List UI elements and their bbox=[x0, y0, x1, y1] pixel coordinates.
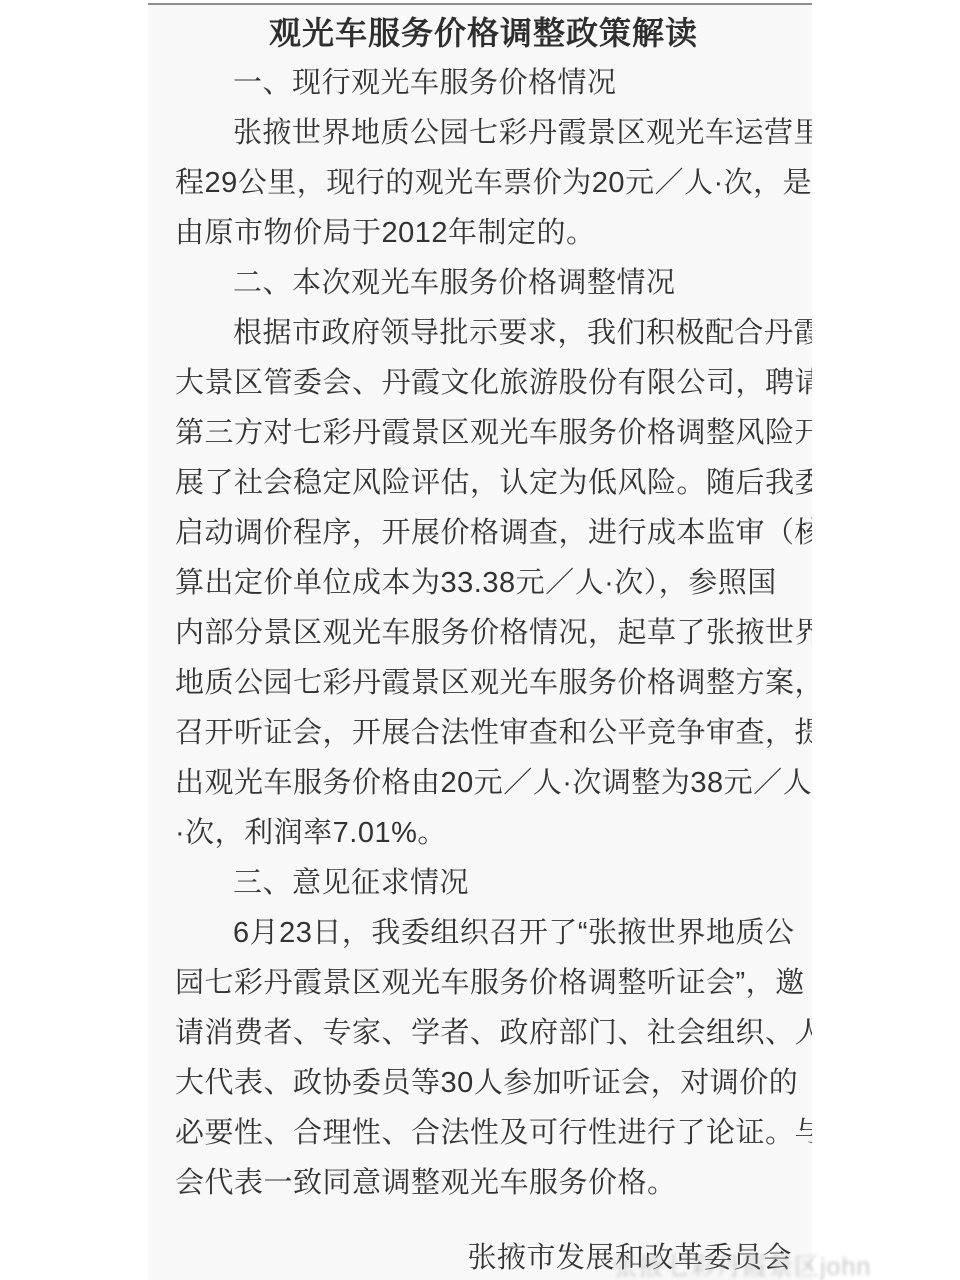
paragraph-2: 根据市政府领导批示要求，我们积极配合丹霞 大景区管委会、丹霞文化旅游股份有限公司… bbox=[175, 308, 792, 858]
document-photo: 观光车服务价格调整政策解读 一、现行观光车服务价格情况 张掖世界地质公园七彩丹霞… bbox=[148, 3, 812, 1280]
section-heading-1: 一、现行观光车服务价格情况 bbox=[175, 58, 792, 108]
paragraph-3: 6月23日，我委组织召开了“张掖世界地质公 园七彩丹霞景区观光车服务价格调整听证… bbox=[175, 908, 792, 1208]
issuer-signature: 张掖市发展和改革委员会 bbox=[175, 1233, 792, 1280]
page-title: 观光车服务价格调整政策解读 bbox=[175, 8, 792, 58]
section-heading-2: 二、本次观光车服务价格调整情况 bbox=[175, 258, 792, 308]
document-body: 观光车服务价格调整政策解读 一、现行观光车服务价格情况 张掖世界地质公园七彩丹霞… bbox=[148, 5, 812, 1280]
section-heading-3: 三、意见征求情况 bbox=[175, 858, 792, 908]
paragraph-1: 张掖世界地质公园七彩丹霞景区观光车运营里 程29公里，现行的观光车票价为20元／… bbox=[175, 108, 792, 258]
